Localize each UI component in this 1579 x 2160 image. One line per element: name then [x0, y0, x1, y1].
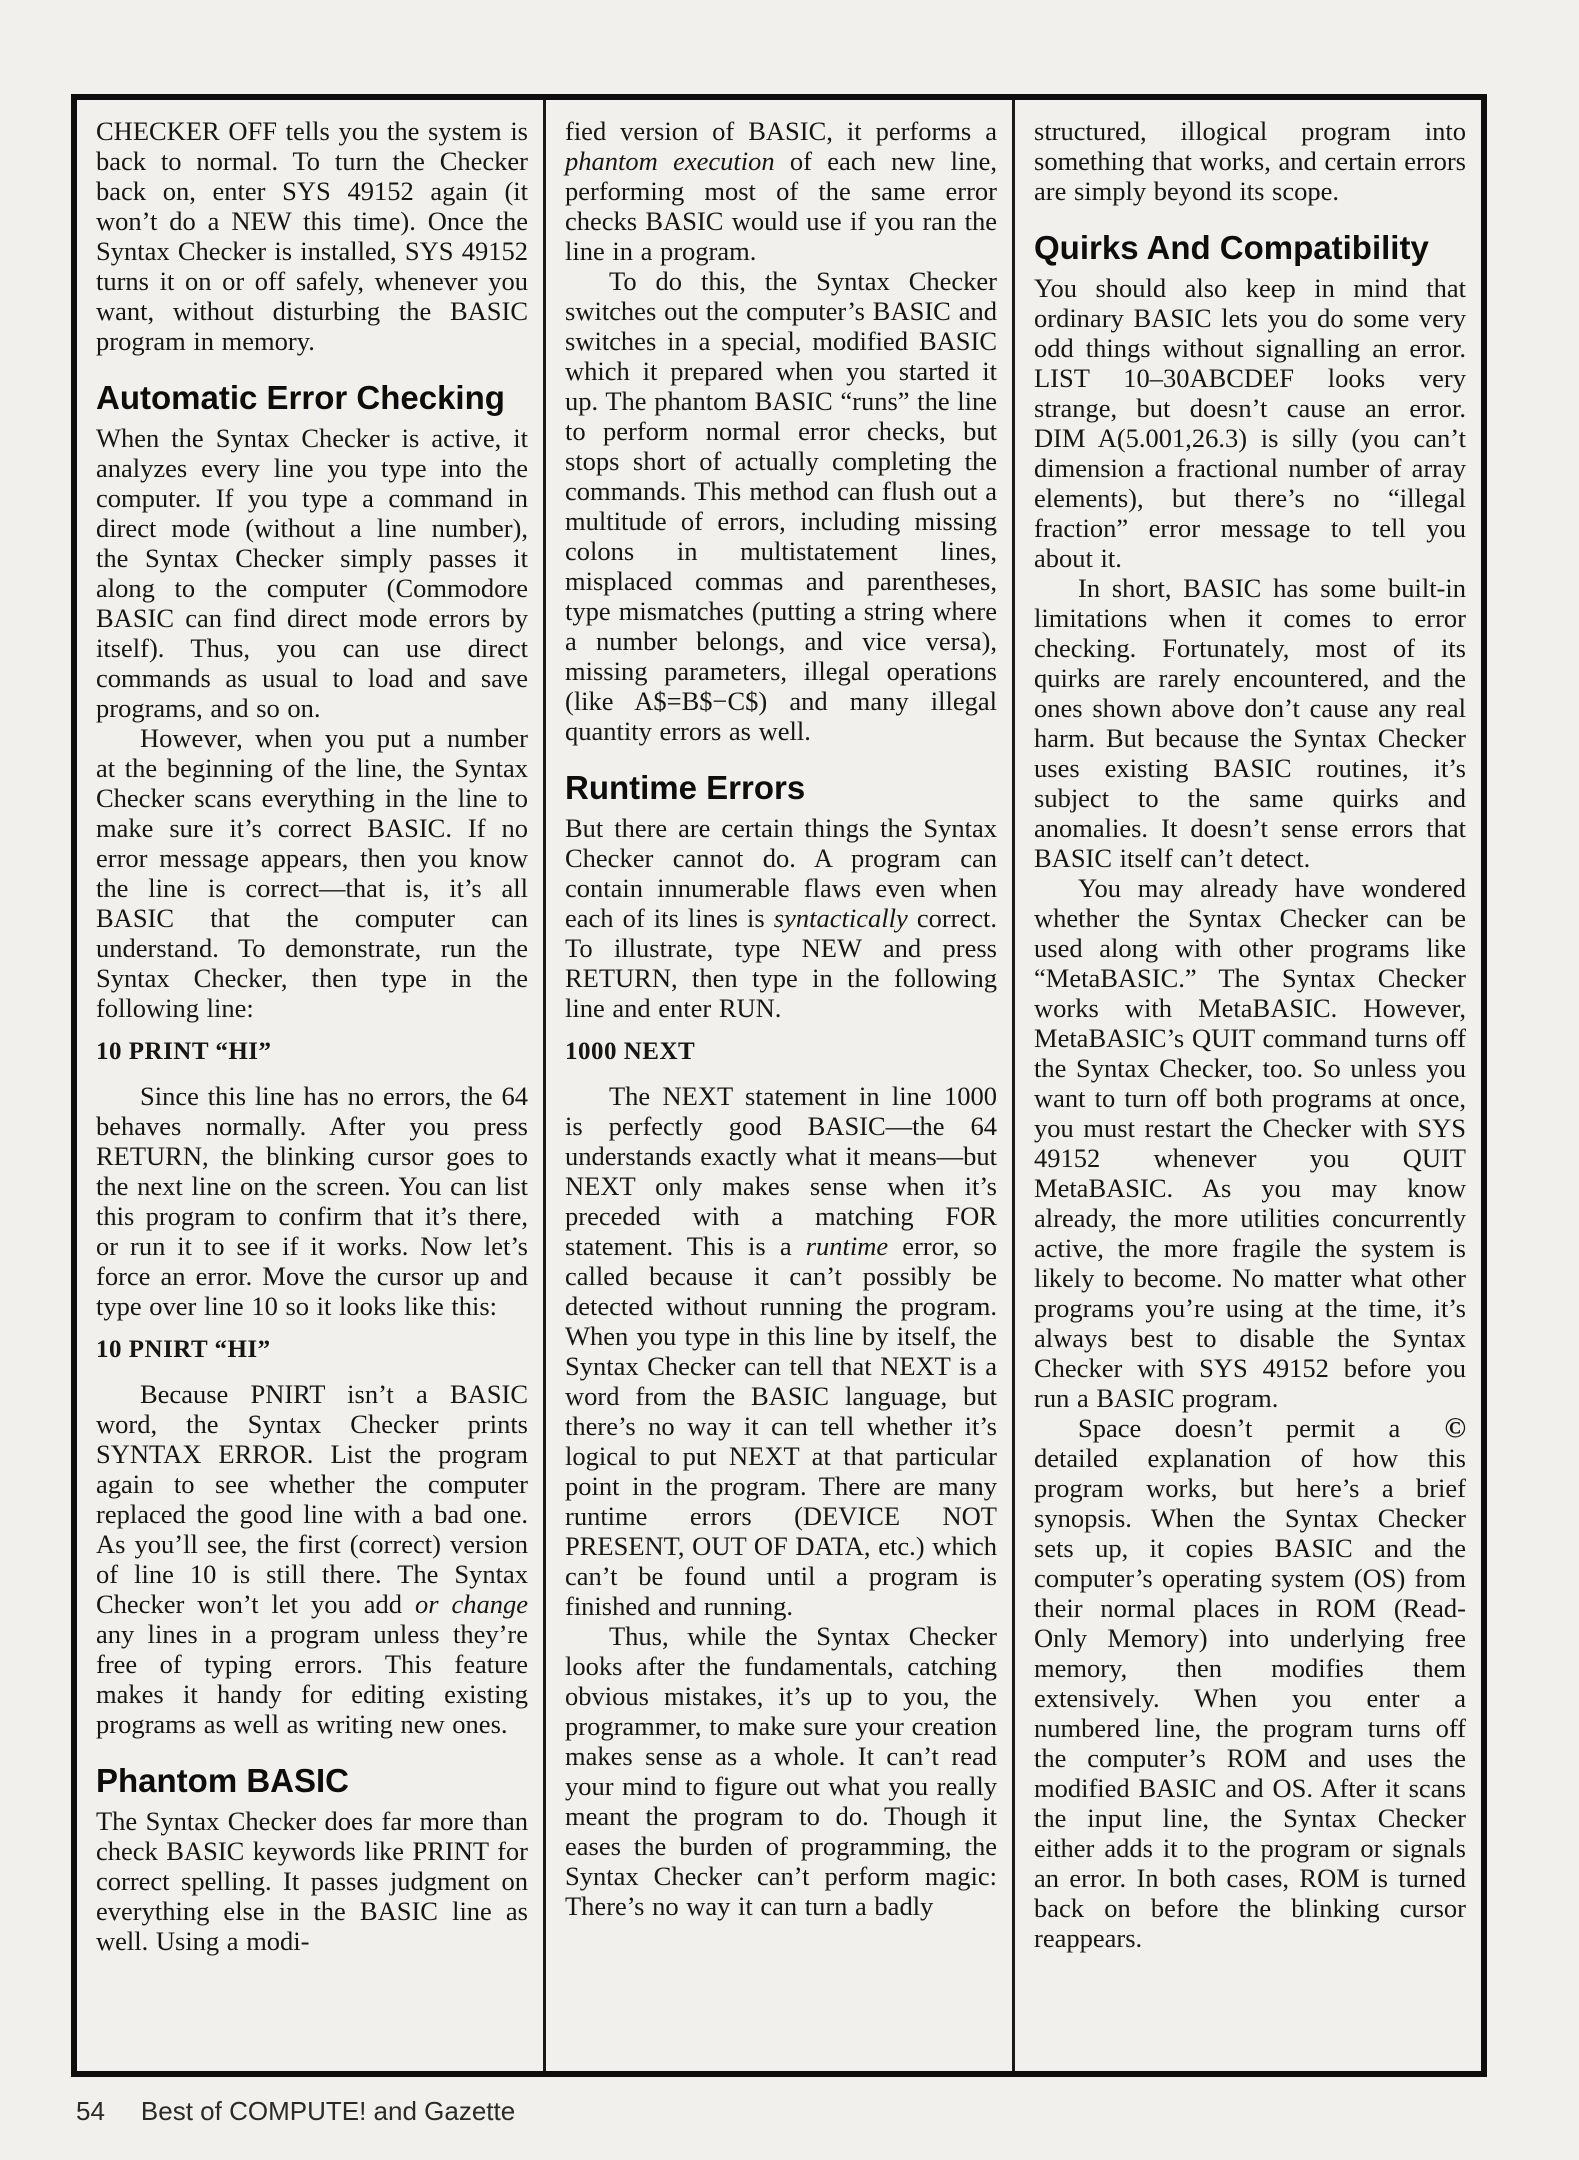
text-segment: Space doesn’t permit a detailed explanat…: [1034, 1413, 1466, 1953]
section-heading: Phantom BASIC: [96, 1763, 528, 1799]
paragraph: Since this line has no errors, the 64 be…: [96, 1081, 528, 1321]
text-segment: The Syntax Checker does far more than ch…: [96, 1806, 528, 1956]
text-segment: CHECKER OFF tells you the system is back…: [96, 116, 528, 356]
paragraph: But there are certain things the Syntax …: [565, 813, 997, 1023]
code-line: 1000 NEXT: [565, 1038, 997, 1066]
paragraph: structured, illogical program into somet…: [1034, 116, 1466, 206]
article-column-1: CHECKER OFF tells you the system is back…: [77, 100, 543, 2071]
text-segment: To do this, the Syntax Checker switches …: [565, 266, 997, 746]
paragraph: When the Syntax Checker is active, it an…: [96, 423, 528, 723]
article-column-2: fied version of BASIC, it performs a pha…: [543, 100, 1012, 2071]
text-segment: Since this line has no errors, the 64 be…: [96, 1081, 528, 1321]
paragraph: fied version of BASIC, it performs a pha…: [565, 116, 997, 266]
paragraph: However, when you put a number at the be…: [96, 723, 528, 1023]
article-frame: CHECKER OFF tells you the system is back…: [71, 94, 1487, 2077]
section-heading: Automatic Error Checking: [96, 380, 528, 416]
text-segment: fied version of BASIC, it performs a: [565, 116, 997, 146]
article-column-3: structured, illogical program into somet…: [1012, 100, 1481, 2071]
paragraph: In short, BASIC has some built-in limita…: [1034, 573, 1466, 873]
text-segment: In short, BASIC has some built-in limita…: [1034, 573, 1466, 873]
paragraph: Because PNIRT isn’t a BASIC word, the Sy…: [96, 1379, 528, 1739]
text-segment: any lines in a program unless they’re fr…: [96, 1619, 528, 1739]
end-of-article-icon: ©: [1400, 1413, 1466, 1443]
paragraph: You may already have wondered whether th…: [1034, 873, 1466, 1413]
paragraph: ©Space doesn’t permit a detailed explana…: [1034, 1413, 1466, 1953]
paragraph: Thus, while the Syntax Checker looks aft…: [565, 1621, 997, 1921]
code-line: 10 PNIRT “HI”: [96, 1336, 528, 1364]
text-segment: When the Syntax Checker is active, it an…: [96, 423, 528, 723]
footer-page-number: 54: [76, 2096, 105, 2127]
paragraph: You should also keep in mind that ordina…: [1034, 273, 1466, 573]
italic-text-segment: runtime: [806, 1231, 888, 1261]
code-line: 10 PRINT “HI”: [96, 1038, 528, 1066]
paragraph: CHECKER OFF tells you the system is back…: [96, 116, 528, 356]
text-segment: error, so called because it can’t possib…: [565, 1231, 997, 1621]
text-segment: Thus, while the Syntax Checker looks aft…: [565, 1621, 997, 1921]
footer-publication-title: Best of COMPUTE! and Gazette: [141, 2096, 515, 2127]
italic-text-segment: syntactically: [774, 903, 908, 933]
page-footer: 54 Best of COMPUTE! and Gazette: [76, 2096, 515, 2127]
text-segment: Because PNIRT isn’t a BASIC word, the Sy…: [96, 1379, 528, 1619]
italic-text-segment: or change: [415, 1589, 528, 1619]
paragraph: The NEXT statement in line 1000 is perfe…: [565, 1081, 997, 1621]
section-heading: Quirks And Compatibility: [1034, 230, 1466, 266]
text-segment: structured, illogical program into somet…: [1034, 116, 1466, 206]
paragraph: The Syntax Checker does far more than ch…: [96, 1806, 528, 1956]
section-heading: Runtime Errors: [565, 770, 997, 806]
text-segment: You should also keep in mind that ordina…: [1034, 273, 1466, 573]
text-segment: However, when you put a number at the be…: [96, 723, 528, 1023]
italic-text-segment: phantom execution: [565, 146, 775, 176]
paragraph: To do this, the Syntax Checker switches …: [565, 266, 997, 746]
text-segment: You may already have wondered whether th…: [1034, 873, 1466, 1413]
magazine-page: CHECKER OFF tells you the system is back…: [0, 0, 1579, 2160]
